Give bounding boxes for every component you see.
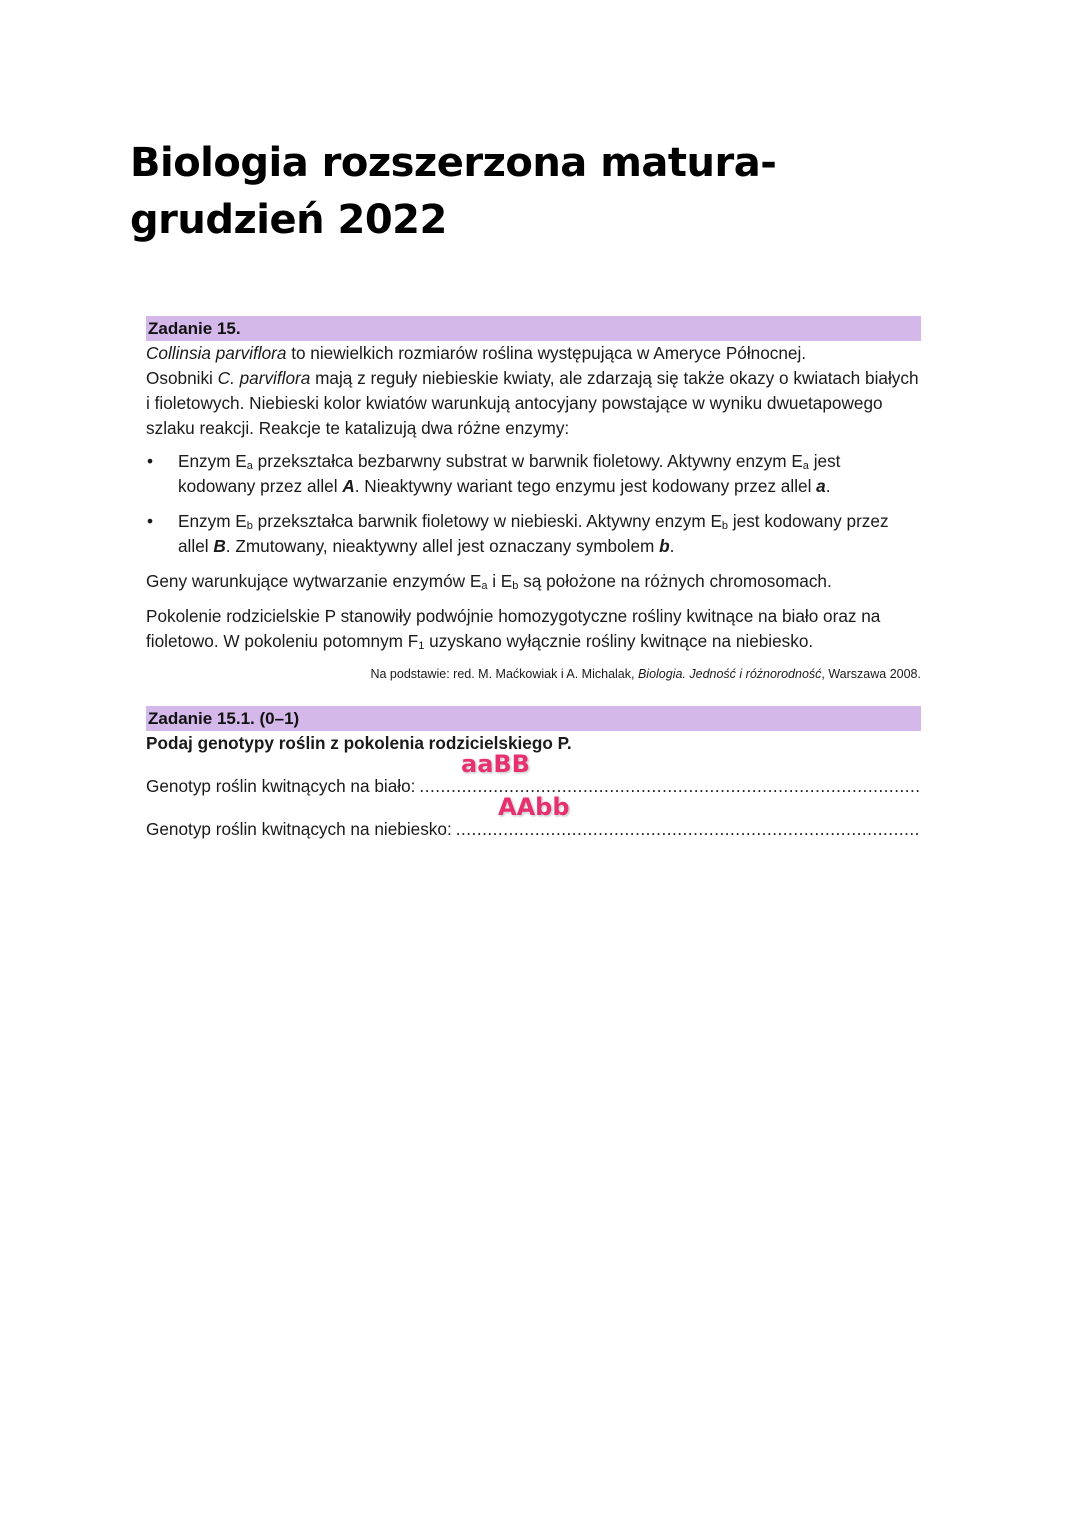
species-short-name: C. parviflora [218,368,311,388]
generation-paragraph: Pokolenie rodzicielskie P stanowiły podw… [146,604,921,654]
species-name: Collinsia parviflora [146,343,286,363]
bullet-icon: • [147,449,153,474]
enzyme-list-item: • Enzym Ea przekształca bezbarwny substr… [146,449,921,499]
task-15-header: Zadanie 15. [146,316,921,341]
exam-excerpt: Zadanie 15. Collinsia parviflora to niew… [146,316,921,842]
source-citation: Na podstawie: red. M. Maćkowiak i A. Mic… [146,666,921,682]
answer-label: Genotyp roślin kwitnących na biało: [146,774,415,799]
document-title: Biologia rozszerzona matura- grudzień 20… [130,135,970,249]
bullet-icon: • [147,509,153,534]
answer-row-blue: Genotyp roślin kwitnących na niebiesko: … [146,817,921,842]
task-15-intro: Collinsia parviflora to niewielkich rozm… [146,341,921,441]
answer-label: Genotyp roślin kwitnących na niebiesko: [146,817,452,842]
handwritten-answer: aaBB [461,752,530,777]
genes-paragraph: Geny warunkujące wytwarzanie enzymów Ea … [146,569,921,594]
enzyme-list-item: • Enzym Eb przekształca barwnik fioletow… [146,509,921,559]
task-15-1-header: Zadanie 15.1. (0–1) [146,706,921,731]
handwritten-answer: AAbb [498,795,570,820]
task-instruction: Podaj genotypy roślin z pokolenia rodzic… [146,731,921,756]
enzyme-list: • Enzym Ea przekształca bezbarwny substr… [146,449,921,559]
